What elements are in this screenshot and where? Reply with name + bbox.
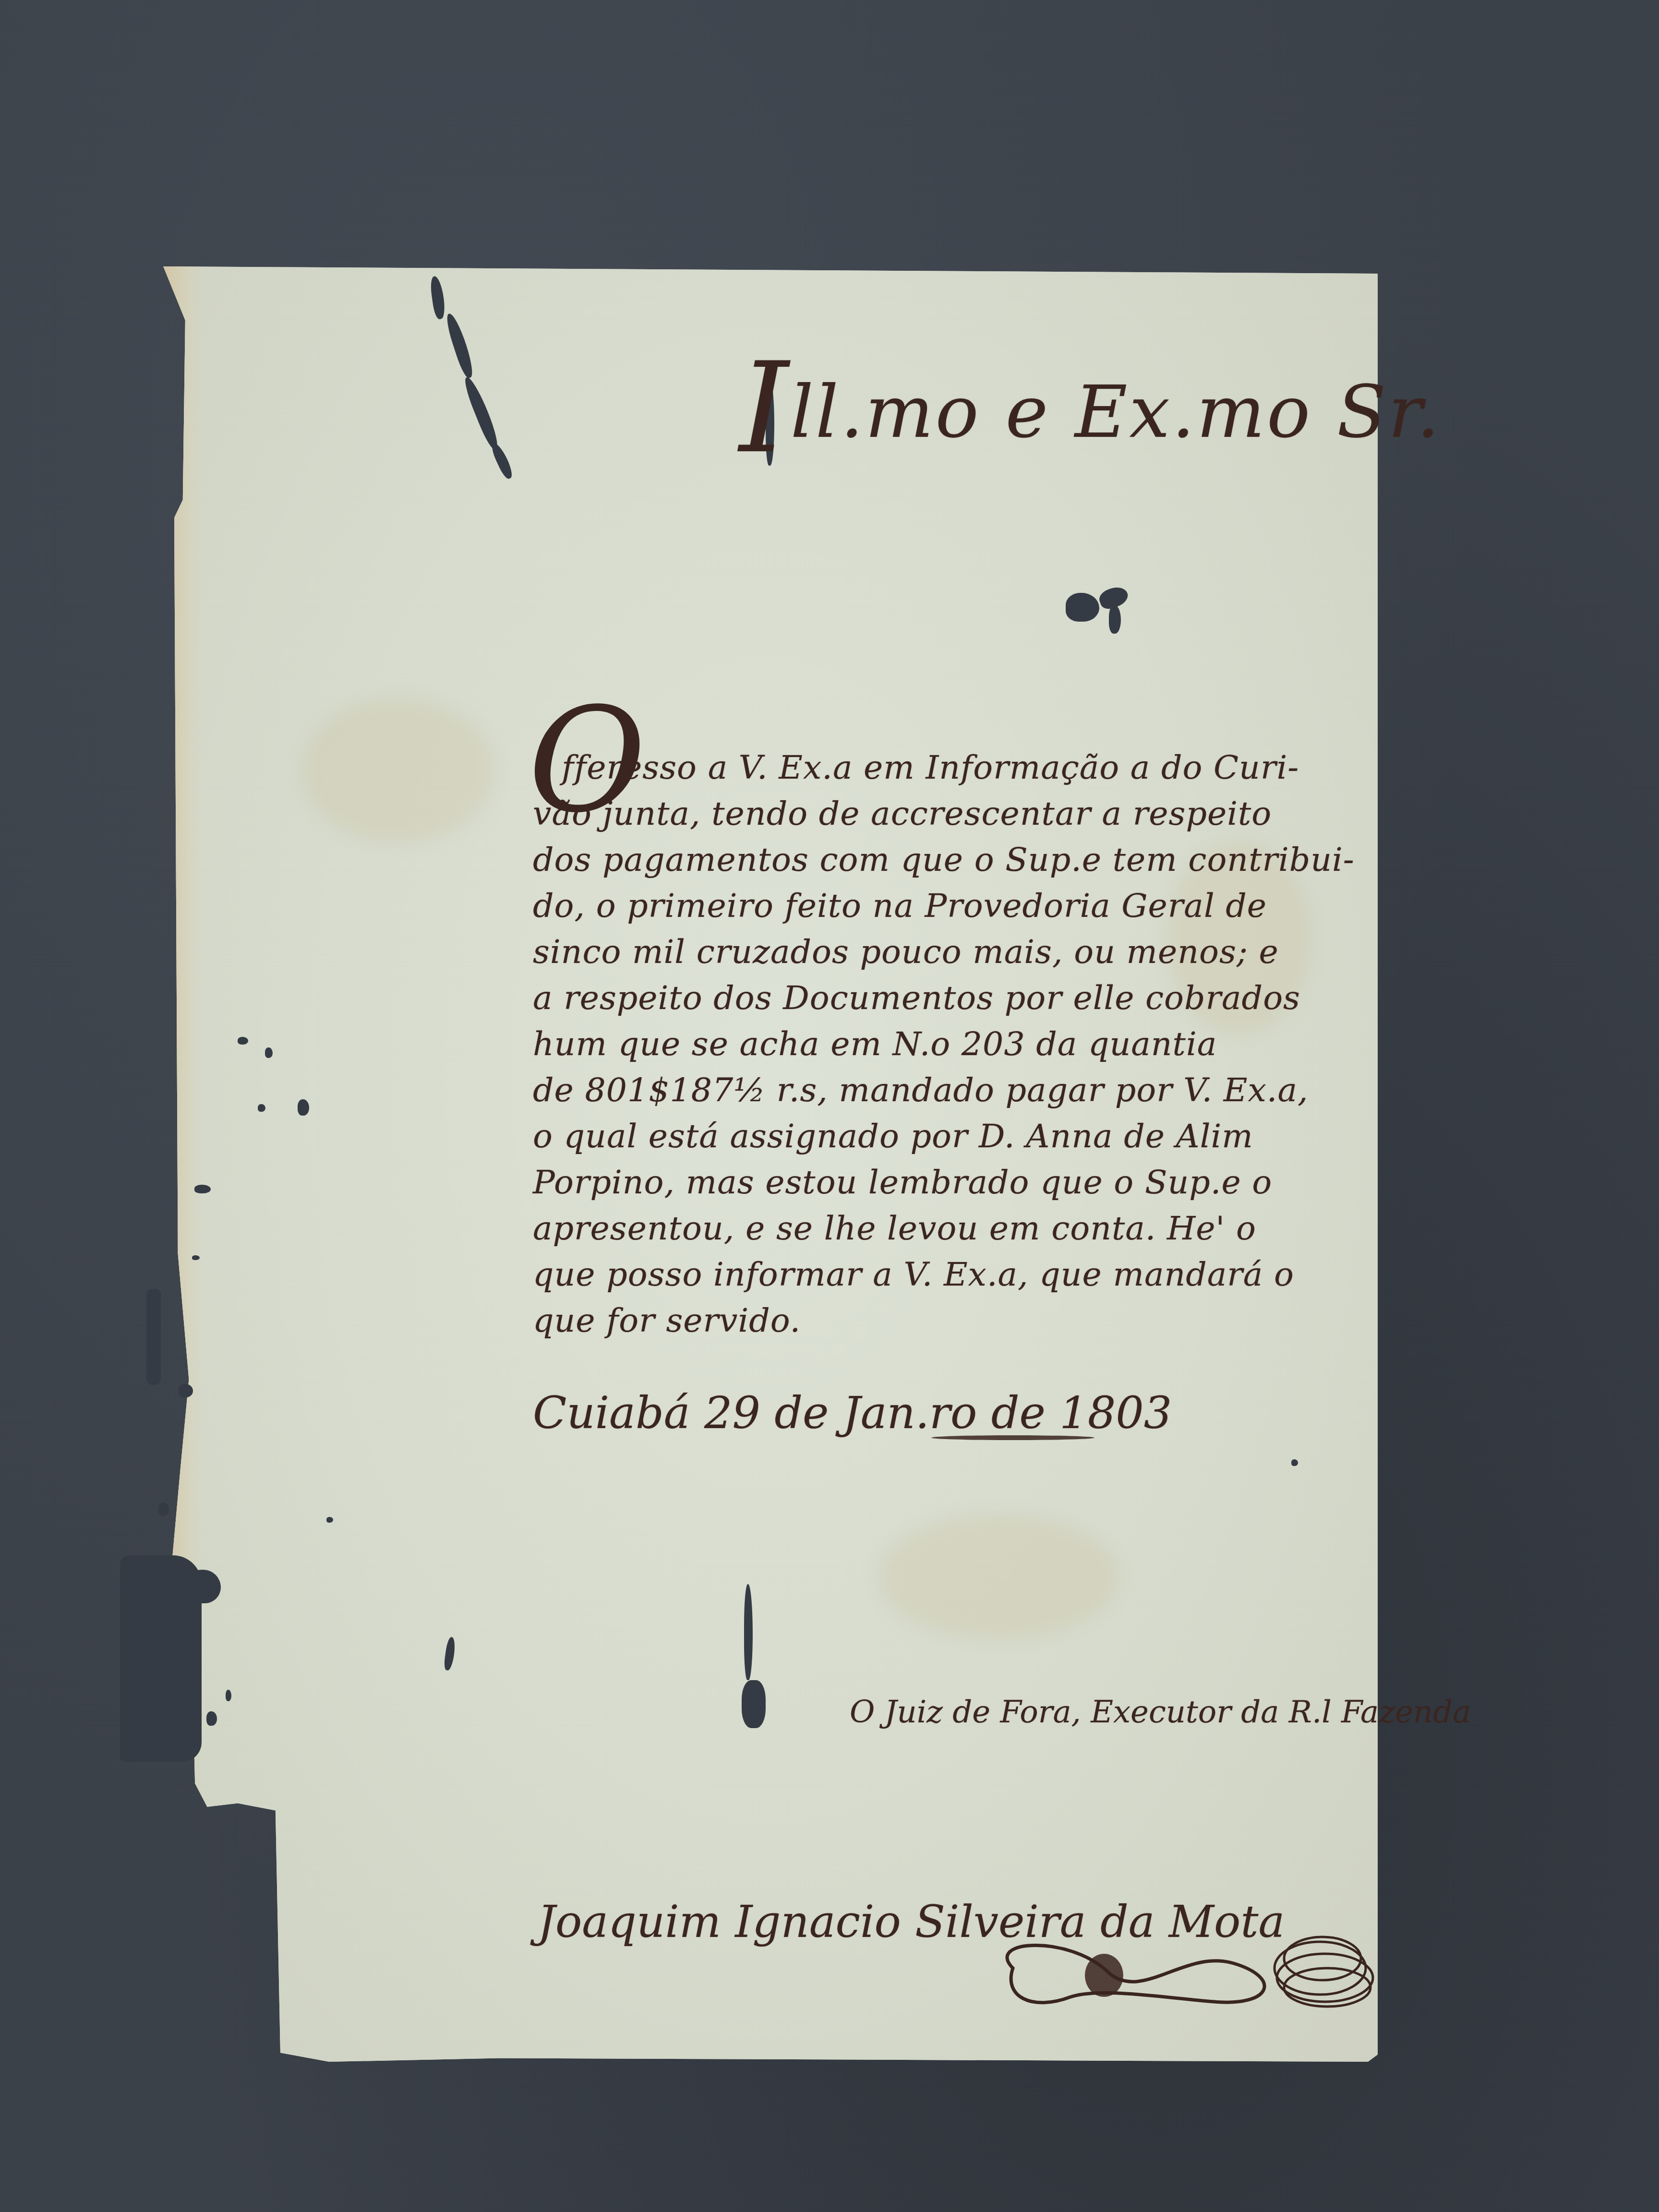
body-line: Porpino, mas estou lembrado que o Sup.e … [533,1164,1387,1210]
body-line: sinco mil cruzados pouco mais, ou menos;… [533,933,1387,979]
office-title: O Juiz de Fora, Executor da R.l Fazenda [850,1695,1471,1730]
lower-left-missing-piece [187,1570,221,1603]
left-edge-tear-hole [146,1289,161,1385]
body-line: que for servido. [533,1302,1387,1348]
speck-hole [192,1255,200,1260]
foxing-stain [878,1515,1118,1639]
speck-hole [226,1690,231,1701]
dateline: Cuiabá 29 de Jan.ro de 1803 [533,1387,1172,1439]
speck-hole [206,1711,217,1726]
salutation: Ill.mo e Ex.mo Sr. [739,336,1442,481]
body-line: a respeito dos Documentos por elle cobra… [533,979,1387,1025]
worm-hole-upper-center [1066,593,1099,622]
speck-hole [1291,1459,1298,1466]
body-line: do, o primeiro feito na Provedoria Geral… [533,887,1387,933]
speck-hole [265,1047,273,1058]
date-underline-flourish [931,1435,1094,1440]
body-line: hum que se acha em N.o 203 da quantia [533,1025,1387,1071]
body-line: fferesso a V. Ex.a em Informação a do Cu… [533,749,1387,795]
body-line: apresentou, e se lhe levou em conta. He'… [533,1210,1387,1256]
speck-hole [238,1037,248,1045]
worm-hole-lower-center [742,1680,766,1728]
speck-hole [179,1384,193,1397]
worm-hole-upper-center [1109,605,1121,634]
body-line: de 801$187½ r.s, mandado pagar por V. Ex… [533,1071,1387,1118]
body-line: que posso informar a V. Ex.a, que mandar… [533,1256,1387,1302]
salutation-rest: ll.mo e Ex.mo Sr. [791,371,1442,454]
signature-flourish-icon [984,1930,1378,2026]
speck-hole [158,1503,169,1516]
speck-hole [258,1104,265,1112]
body-line: vão junta, tendo de accrescentar a respe… [533,795,1387,841]
body-line: dos pagamentos com que o Sup.e tem contr… [533,841,1387,887]
speck-hole [194,1185,211,1193]
salutation-initial: I [739,336,791,481]
body-line: o qual está assignado por D. Anna de Ali… [533,1118,1387,1164]
speck-hole [326,1517,333,1523]
speck-hole [298,1099,309,1116]
letter-body: O fferesso a V. Ex.a em Informação a do … [533,749,1387,1348]
foxing-stain [302,698,494,842]
